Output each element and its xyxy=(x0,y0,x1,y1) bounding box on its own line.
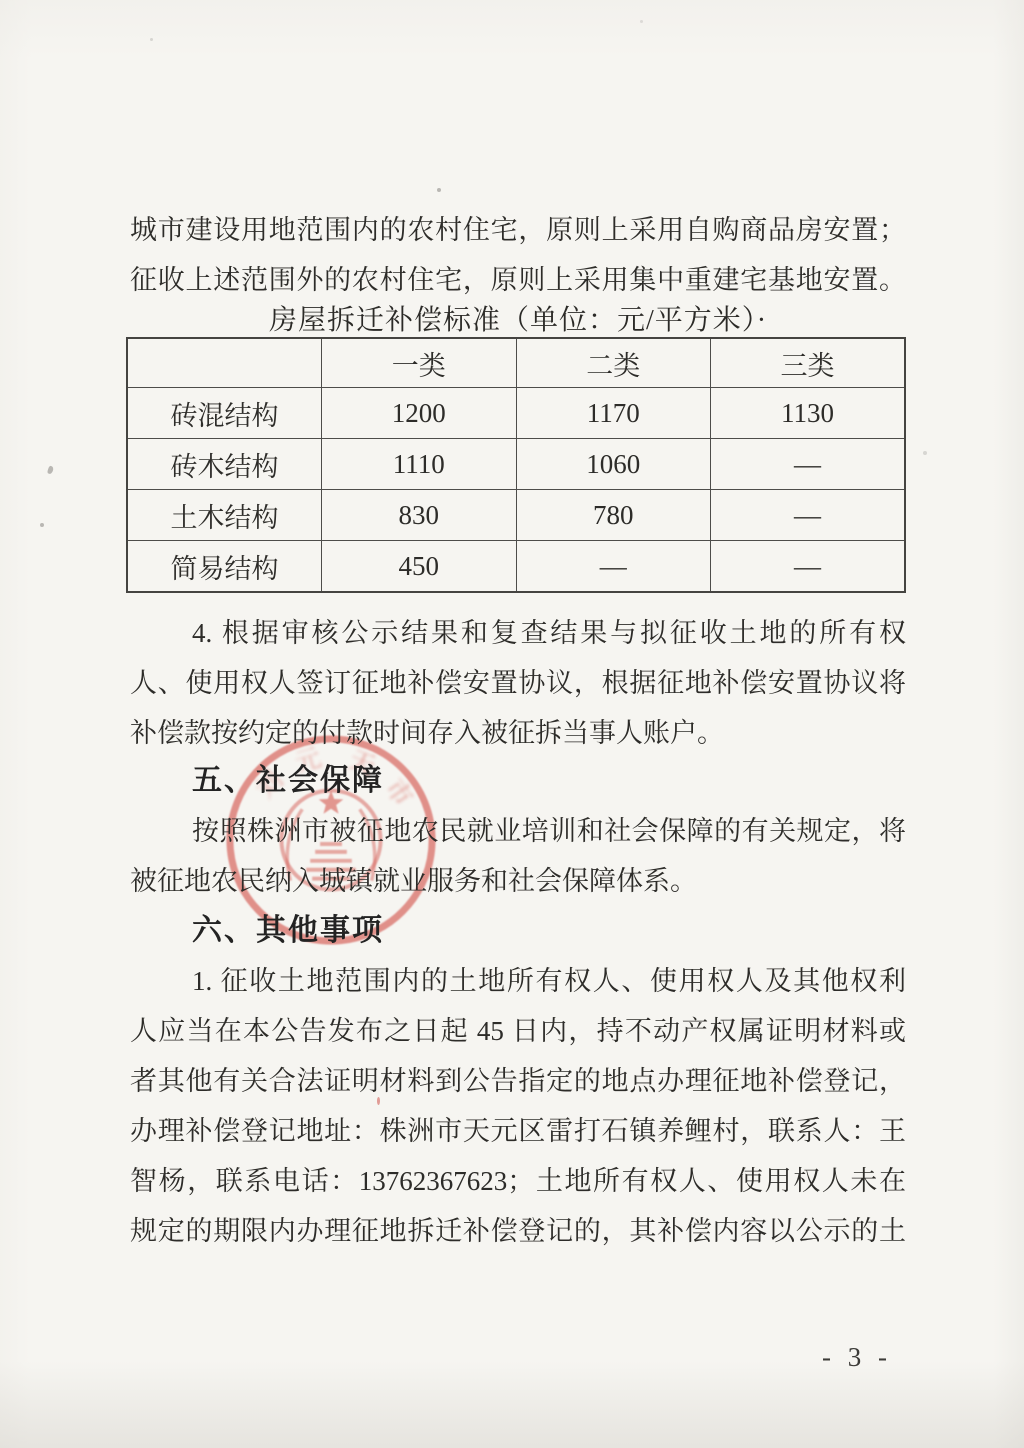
table-cell: 780 xyxy=(516,490,711,541)
table-cell: 土木结构 xyxy=(127,490,322,541)
table-row: 砖混结构 1200 1170 1130 xyxy=(127,388,905,439)
table-row: 土木结构 830 780 — xyxy=(127,490,905,541)
table-cell: 450 xyxy=(322,541,517,593)
body-line: 征收上述范围外的农村住宅，原则上采用集中重建宅基地安置。 xyxy=(130,255,906,305)
body-line: 被征地农民纳入城镇就业服务和社会保障体系。 xyxy=(130,856,906,906)
section-heading: 五、社会保障 xyxy=(192,756,384,806)
table-cell: — xyxy=(516,541,711,593)
table-header-cell: 三类 xyxy=(711,338,906,388)
table-cell: 1130 xyxy=(711,388,906,439)
compensation-table: 一类 二类 三类 砖混结构 1200 1170 1130 砖木结构 1110 1… xyxy=(126,337,906,593)
page-number: - 3 - xyxy=(822,1342,892,1373)
body-line: 者其他有关合法证明材料到公告指定的地点办理征地补偿登记， xyxy=(130,1056,906,1106)
body-line: 4. 根据审核公示结果和复查结果与拟征收土地的所有权 xyxy=(130,608,906,658)
scan-speck xyxy=(923,451,927,455)
table-cell: — xyxy=(711,490,906,541)
body-line: 办理补偿登记地址：株洲市天元区雷打石镇养鲤村，联系人：王 xyxy=(130,1106,906,1156)
table-cell: 砖木结构 xyxy=(127,439,322,490)
scan-speck xyxy=(47,465,54,474)
section-heading: 六、其他事项 xyxy=(192,906,384,956)
table-header-cell xyxy=(127,338,322,388)
table-cell: 1200 xyxy=(322,388,517,439)
body-line: 规定的期限内办理征地拆迁补偿登记的，其补偿内容以公示的土 xyxy=(130,1206,906,1256)
table-header-cell: 一类 xyxy=(322,338,517,388)
table-cell: 砖混结构 xyxy=(127,388,322,439)
table-cell: 1110 xyxy=(322,439,517,490)
scan-speck xyxy=(40,523,44,527)
body-line: 城市建设用地范围内的农村住宅，原则上采用自购商品房安置； xyxy=(130,205,906,255)
body-line: 人应当在本公告发布之日起 45 日内，持不动产权属证明材料或 xyxy=(130,1006,906,1056)
body-line: 1. 征收土地范围内的土地所有权人、使用权人及其他权利 xyxy=(130,956,906,1006)
table-row: 砖木结构 1110 1060 — xyxy=(127,439,905,490)
scan-speck xyxy=(437,188,441,192)
table-cell: 1170 xyxy=(516,388,711,439)
body-line: 补偿款按约定的付款时间存入被征拆当事人账户。 xyxy=(130,708,906,758)
table-cell: 简易结构 xyxy=(127,541,322,593)
table-cell: 1060 xyxy=(516,439,711,490)
body-line: 智杨，联系电话：13762367623；土地所有权人、使用权人未在 xyxy=(130,1156,906,1206)
table-cell: — xyxy=(711,541,906,593)
scan-speck xyxy=(150,38,153,41)
table-header-row: 一类 二类 三类 xyxy=(127,338,905,388)
table-header-cell: 二类 xyxy=(516,338,711,388)
body-line: 按照株洲市被征地农民就业培训和社会保障的有关规定，将 xyxy=(130,806,906,856)
table-row: 简易结构 450 — — xyxy=(127,541,905,593)
document-page: 刘 元 天 市 城市建设用地范围内的农村住宅，原则上采用自购商品房安置； 征收上… xyxy=(0,0,1024,1448)
table-title: 房屋拆迁补偿标准（单位：元/平方米）· xyxy=(130,300,906,342)
table-cell: 830 xyxy=(322,490,517,541)
scan-speck xyxy=(640,20,643,23)
table-cell: — xyxy=(711,439,906,490)
body-line: 人、使用权人签订征地补偿安置协议，根据征地补偿安置协议将 xyxy=(130,658,906,708)
